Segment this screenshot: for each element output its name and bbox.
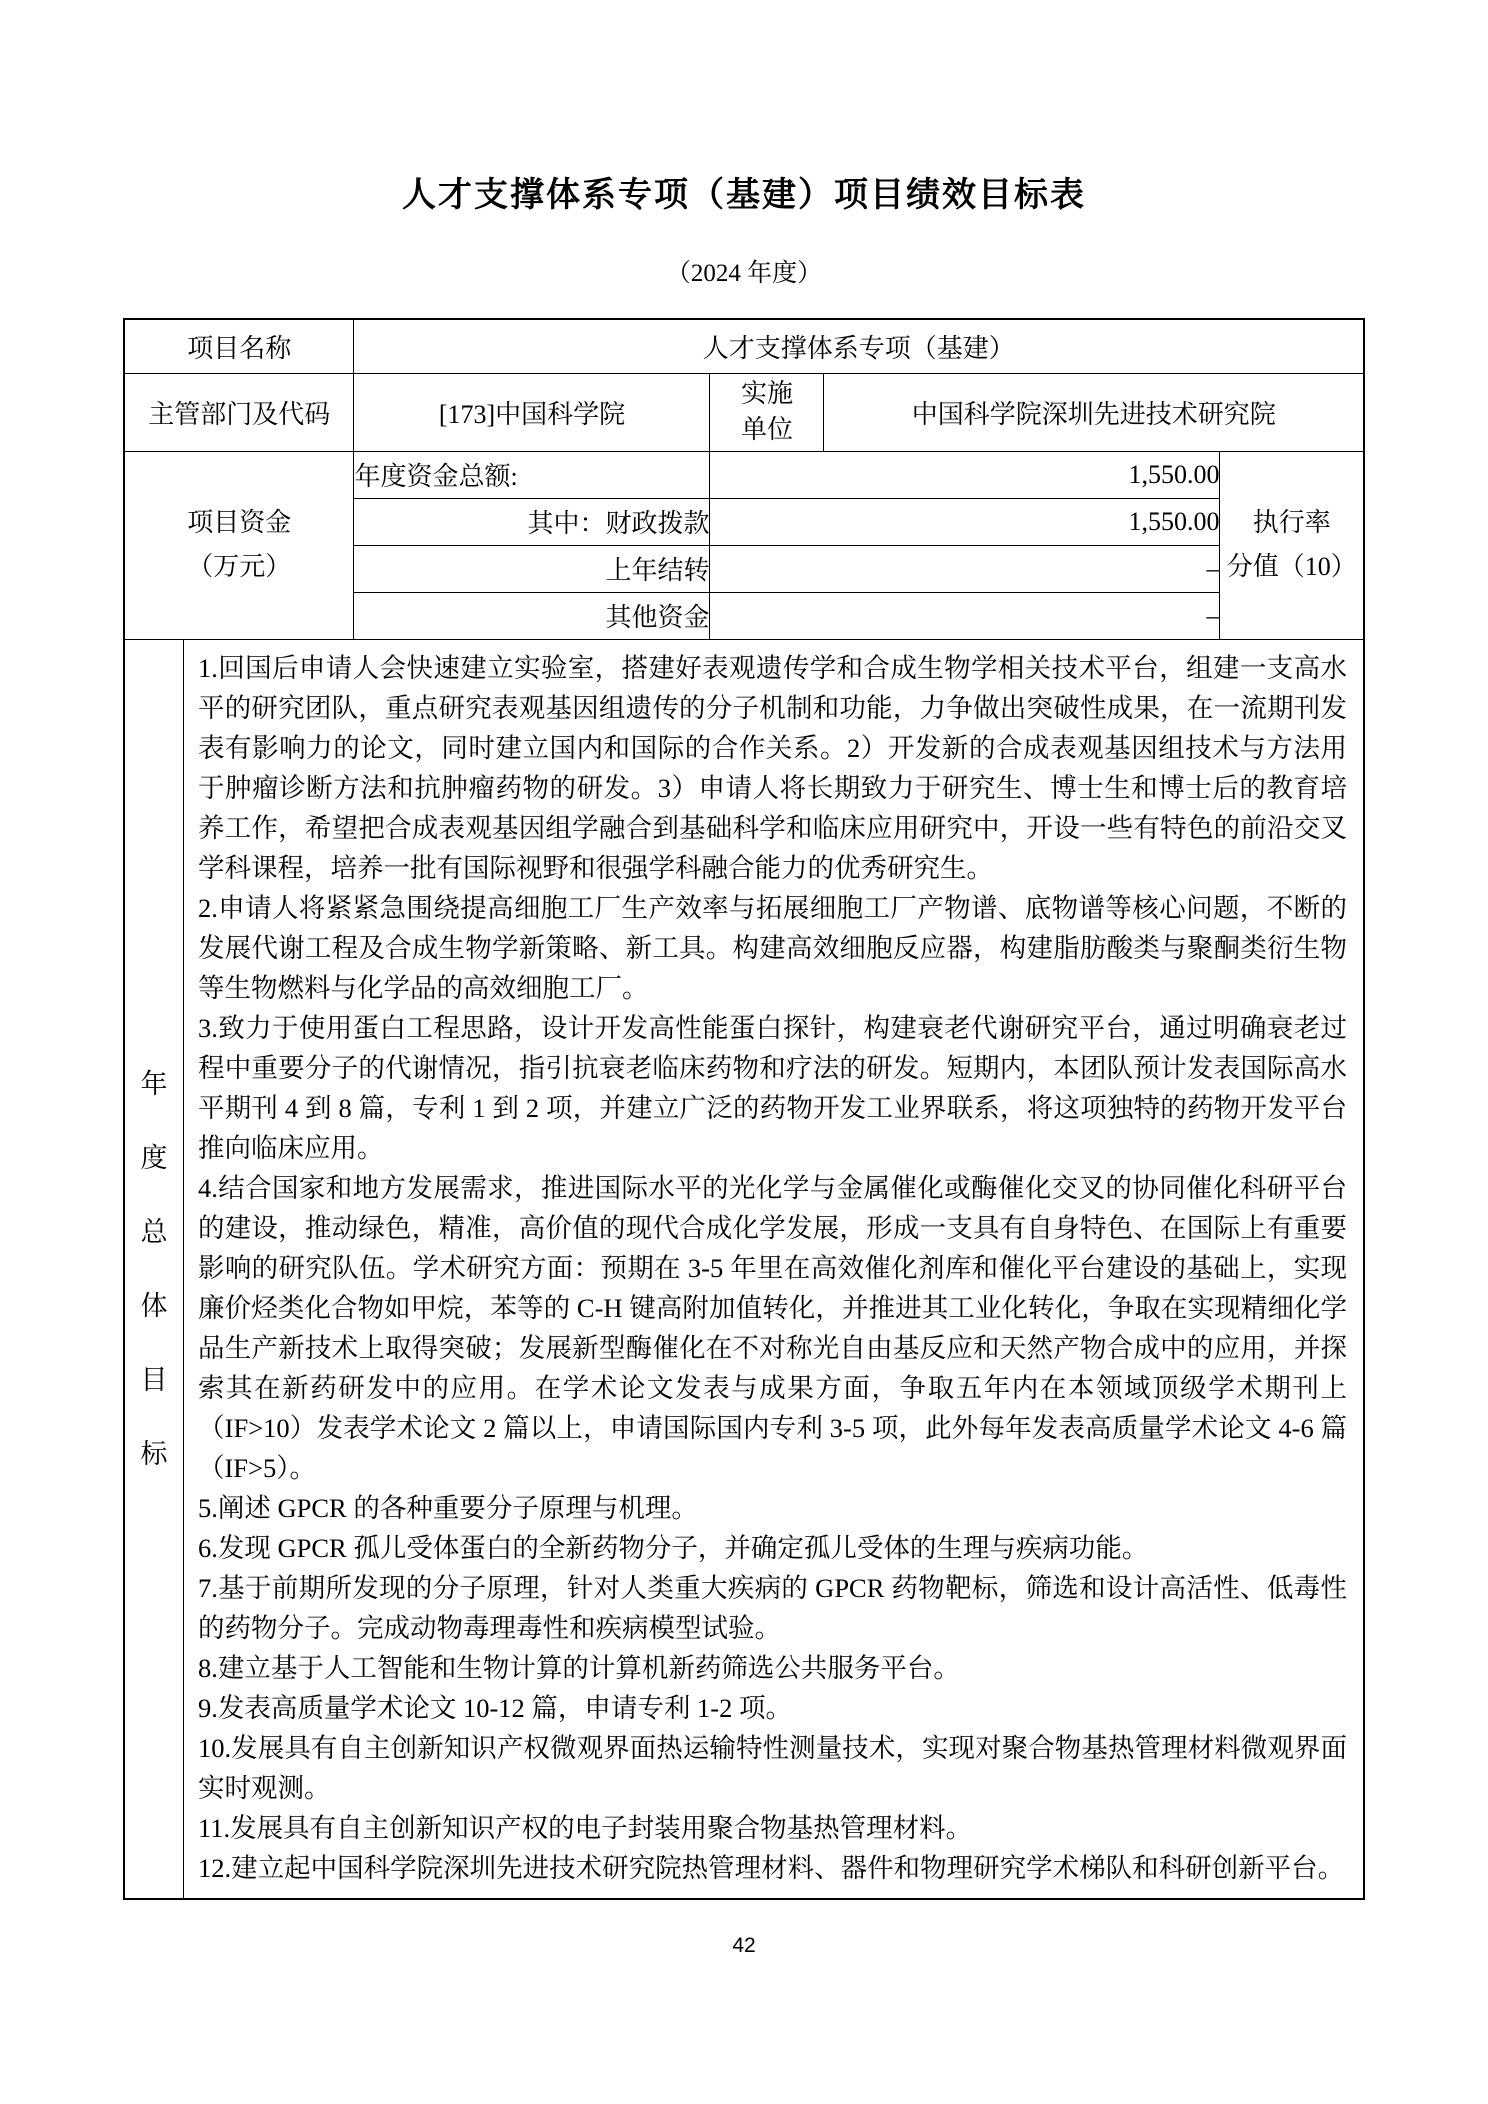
goal-item: 7.基于前期所发现的分子原理，针对人类重大疾病的 GPCR 药物靶标，筛选和设计…	[198, 1568, 1347, 1648]
goal-item: 2.申请人将紧紧急围绕提高细胞工厂生产效率与拓展细胞工厂产物谱、底物谱等核心问题…	[198, 888, 1347, 1008]
annual-goal-wrap: 年 度 总 体 目 标 1.回国后申请人会快速建立实验室，搭建好表观遗传学和合成…	[125, 640, 1363, 1898]
goal-item: 3.致力于使用蛋白工程思路，设计开发高性能蛋白探针，构建衰老代谢研究平台，通过明…	[198, 1008, 1347, 1168]
fund-carryover-label: 上年结转	[354, 545, 710, 592]
table-row: 主管部门及代码 [173]中国科学院 实施 单位 中国科学院深圳先进技术研究院	[124, 373, 1364, 451]
dept-label: 主管部门及代码	[124, 373, 354, 451]
goal-item: 12.建立起中国科学院深圳先进技术研究院热管理材料、器件和物理研究学术梯队和科研…	[198, 1848, 1347, 1888]
fund-other-label: 其他资金	[354, 592, 710, 639]
project-name-label: 项目名称	[124, 319, 354, 373]
project-name-value: 人才支撑体系专项（基建）	[354, 319, 1364, 373]
goal-item: 11.发展具有自主创新知识产权的电子封装用聚合物基热管理材料。	[198, 1808, 1347, 1848]
goal-item: 5.阐述 GPCR 的各种重要分子原理与机理。	[198, 1488, 1347, 1528]
execution-rate-label: 执行率 分值（10）	[1220, 451, 1364, 639]
goal-item: 1.回国后申请人会快速建立实验室，搭建好表观遗传学和合成生物学相关技术平台，组建…	[198, 648, 1347, 888]
impl-unit-label: 实施 单位	[710, 373, 824, 451]
performance-target-table: 项目名称 人才支撑体系专项（基建） 主管部门及代码 [173]中国科学院 实施 …	[123, 318, 1365, 1900]
project-fund-label: 项目资金 （万元）	[124, 451, 354, 639]
fund-total-value: 1,550.00	[710, 451, 1220, 498]
table-row: 项目资金 （万元） 年度资金总额: 1,550.00 执行率 分值（10）	[124, 451, 1364, 498]
impl-unit-value: 中国科学院深圳先进技术研究院	[824, 373, 1364, 451]
annual-goal-cell: 年 度 总 体 目 标 1.回国后申请人会快速建立实验室，搭建好表观遗传学和合成…	[124, 639, 1364, 1899]
dept-value: [173]中国科学院	[354, 373, 710, 451]
annual-goal-label: 年 度 总 体 目 标	[125, 640, 184, 1898]
goal-item: 6.发现 GPCR 孤儿受体蛋白的全新药物分子，并确定孤儿受体的生理与疾病功能。	[198, 1528, 1347, 1568]
fund-total-label: 年度资金总额:	[354, 451, 710, 498]
fund-fiscal-value: 1,550.00	[710, 498, 1220, 545]
annual-goal-text: 1.回国后申请人会快速建立实验室，搭建好表观遗传学和合成生物学相关技术平台，组建…	[184, 640, 1363, 1898]
table-row: 年 度 总 体 目 标 1.回国后申请人会快速建立实验室，搭建好表观遗传学和合成…	[124, 639, 1364, 1899]
goal-item: 8.建立基于人工智能和生物计算的计算机新药筛选公共服务平台。	[198, 1648, 1347, 1688]
page-subtitle: （2024 年度）	[0, 260, 1488, 288]
fund-other-value: –	[710, 592, 1220, 639]
document-page: 人才支撑体系专项（基建）项目绩效目标表 （2024 年度） 项目名称 人才支撑体…	[0, 0, 1488, 2104]
goal-item: 9.发表高质量学术论文 10-12 篇，申请专利 1-2 项。	[198, 1688, 1347, 1728]
page-number: 42	[0, 1934, 1488, 1958]
fund-carryover-value: –	[710, 545, 1220, 592]
table-row: 项目名称 人才支撑体系专项（基建）	[124, 319, 1364, 373]
page-title: 人才支撑体系专项（基建）项目绩效目标表	[0, 176, 1488, 216]
goal-item: 4.结合国家和地方发展需求，推进国际水平的光化学与金属催化或酶催化交叉的协同催化…	[198, 1168, 1347, 1488]
fund-fiscal-label: 其中：财政拨款	[354, 498, 710, 545]
goal-item: 10.发展具有自主创新知识产权微观界面热运输特性测量技术，实现对聚合物基热管理材…	[198, 1728, 1347, 1808]
